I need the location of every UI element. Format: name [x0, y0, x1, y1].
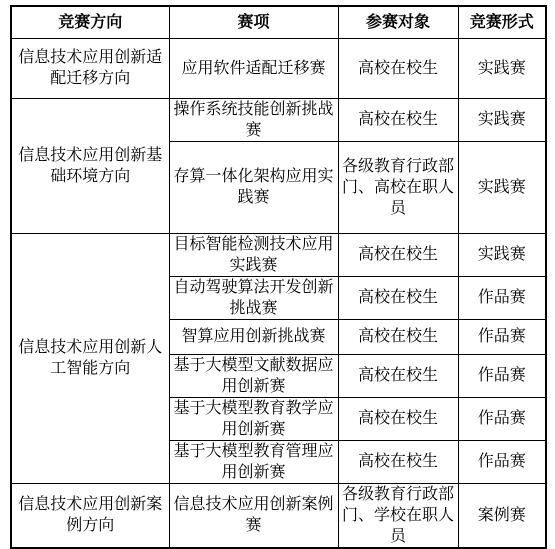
participants-cell: 各级教育行政部门、高校在职人员	[338, 141, 458, 233]
format-cell: 实践赛	[458, 98, 546, 141]
participants-cell: 高校在校生	[338, 233, 458, 276]
competition-table: 竞赛方向 赛项 参赛对象 竞赛形式 信息技术应用创新适配迁移方向 应用软件适配迁…	[10, 5, 547, 549]
column-header-event: 赛项	[169, 6, 338, 38]
participants-cell: 高校在校生	[338, 319, 458, 354]
format-cell: 实践赛	[458, 233, 546, 276]
event-cell: 目标智能检测技术应用实践赛	[169, 233, 338, 276]
format-cell: 实践赛	[458, 38, 546, 98]
direction-cell: 信息技术应用创新案例方向	[11, 483, 169, 548]
event-cell: 操作系统技能创新挑战赛	[169, 98, 338, 141]
format-cell: 作品赛	[458, 354, 546, 397]
participants-cell: 高校在校生	[338, 98, 458, 141]
participants-cell: 高校在校生	[338, 354, 458, 397]
format-cell: 案例赛	[458, 483, 546, 548]
event-cell: 应用软件适配迁移赛	[169, 38, 338, 98]
event-cell: 自动驾驶算法开发创新挑战赛	[169, 276, 338, 319]
event-cell: 基于大模型教育教学应用创新赛	[169, 397, 338, 440]
table-row: 信息技术应用创新人工智能方向 目标智能检测技术应用实践赛 高校在校生 实践赛	[11, 233, 546, 276]
direction-cell: 信息技术应用创新基础环境方向	[11, 98, 169, 233]
column-header-format: 竞赛形式	[458, 6, 546, 38]
page: 竞赛方向 赛项 参赛对象 竞赛形式 信息技术应用创新适配迁移方向 应用软件适配迁…	[0, 0, 555, 548]
event-cell: 基于大模型文献数据应用创新赛	[169, 354, 338, 397]
event-cell: 信息技术应用创新案例赛	[169, 483, 338, 548]
format-cell: 实践赛	[458, 141, 546, 233]
format-cell: 作品赛	[458, 440, 546, 483]
table-row: 信息技术应用创新适配迁移方向 应用软件适配迁移赛 高校在校生 实践赛	[11, 38, 546, 98]
direction-cell: 信息技术应用创新适配迁移方向	[11, 38, 169, 98]
format-cell: 作品赛	[458, 319, 546, 354]
participants-cell: 各级教育行政部门、学校在职人员	[338, 483, 458, 548]
event-cell: 智算应用创新挑战赛	[169, 319, 338, 354]
table-row: 信息技术应用创新案例方向 信息技术应用创新案例赛 各级教育行政部门、学校在职人员…	[11, 483, 546, 548]
header-row: 竞赛方向 赛项 参赛对象 竞赛形式	[11, 6, 546, 38]
table-row: 信息技术应用创新基础环境方向 操作系统技能创新挑战赛 高校在校生 实践赛	[11, 98, 546, 141]
event-cell: 基于大模型教育管理应用创新赛	[169, 440, 338, 483]
event-cell: 存算一体化架构应用实践赛	[169, 141, 338, 233]
column-header-direction: 竞赛方向	[11, 6, 169, 38]
participants-cell: 高校在校生	[338, 397, 458, 440]
participants-cell: 高校在校生	[338, 276, 458, 319]
participants-cell: 高校在校生	[338, 38, 458, 98]
direction-cell: 信息技术应用创新人工智能方向	[11, 233, 169, 483]
participants-cell: 高校在校生	[338, 440, 458, 483]
format-cell: 作品赛	[458, 276, 546, 319]
format-cell: 作品赛	[458, 397, 546, 440]
column-header-participants: 参赛对象	[338, 6, 458, 38]
